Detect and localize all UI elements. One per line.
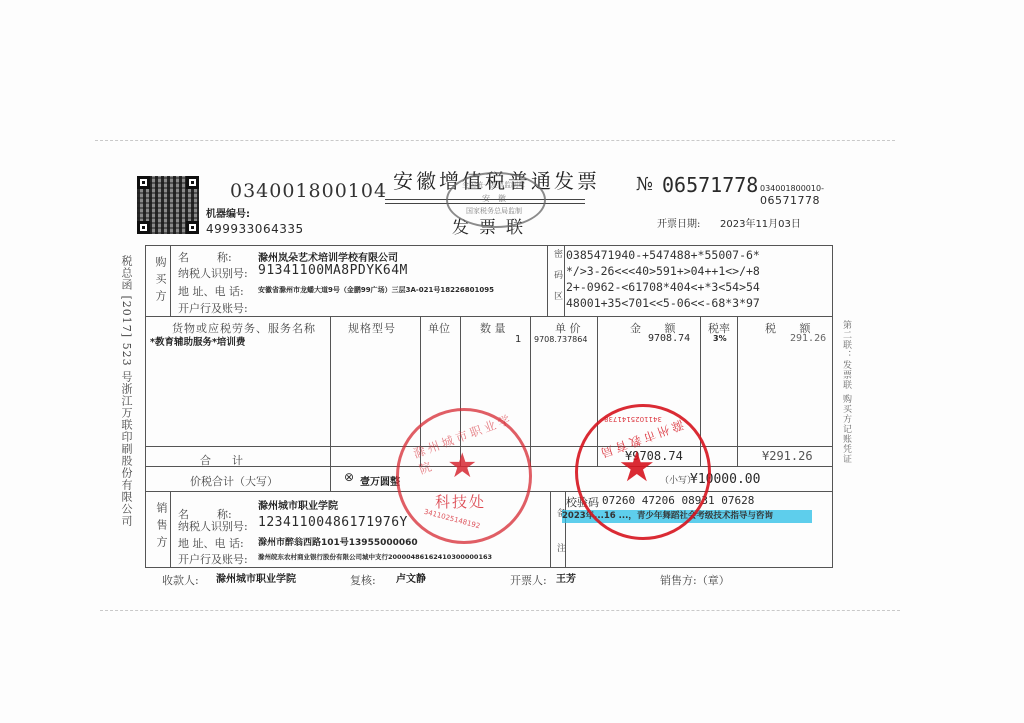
issuer: 王芳 xyxy=(556,570,576,585)
seller-address: 滁州市醉翁西路101号13955000060 xyxy=(258,535,418,548)
printed-code: 034001800010- xyxy=(760,184,824,193)
education-stamp-code: 3411025141738 xyxy=(604,415,662,423)
cipher-lines: 0385471940-+547488+*55007-6* */>3-26<<<4… xyxy=(566,247,760,311)
seller-section-label: 销售方 xyxy=(153,502,169,553)
item-tax: 291.26 xyxy=(790,333,826,344)
tax-bureau-stamp: 全国统一发票监制章 安徽 国家税务总局监制 xyxy=(446,172,546,228)
item-price: 9708.737864 xyxy=(534,335,587,344)
circle-x-icon: ⊗ xyxy=(344,470,354,484)
item-name: *教育辅助服务*培训费 xyxy=(150,334,245,348)
left-side-text: 税总函 [2017] 523 号浙江万联印刷股份有限公司 xyxy=(118,255,134,527)
issuer-label: 开票人: xyxy=(510,572,547,588)
machine-label: 机器编号: xyxy=(206,205,250,220)
invoice-code: 034001800104 xyxy=(230,180,387,202)
buyer-address-label: 地 址、电 话: xyxy=(178,283,244,299)
buyer-address: 安徽省滁州市龙蟠大道9号（金鹏99广场）三层3A-021号18226801095 xyxy=(258,285,494,295)
item-amount: 9708.74 xyxy=(648,333,690,344)
right-side-text: 第二联：发票联 购买方记账凭证 xyxy=(840,320,853,464)
number-prefix: № xyxy=(636,174,653,195)
buyer-section-label: 购买方 xyxy=(152,256,168,307)
qr-code-icon xyxy=(137,176,199,234)
grand-total-label: 价税合计（大写） xyxy=(190,473,278,489)
invoice-number: 06571778 xyxy=(662,173,758,197)
payee: 滁州城市职业学院 xyxy=(216,570,296,585)
seller-stamp: ★ 科技处 滁州城市职业学院 3411025148192 xyxy=(396,408,532,544)
total-label: 合 计 xyxy=(200,452,243,468)
buyer-tax-id-label: 纳税人识别号: xyxy=(178,265,248,281)
buyer-tax-id: 91341100MA8PDYK64M xyxy=(258,263,408,278)
reviewer-label: 复核: xyxy=(350,572,376,588)
reviewer: 卢文静 xyxy=(396,570,426,585)
col-header-qty: 数 量 xyxy=(480,320,506,336)
seller-bank-label: 开户行及账号: xyxy=(178,551,248,567)
seller-tax-id-label: 纳税人识别号: xyxy=(178,518,248,534)
item-qty: 1 xyxy=(515,334,521,345)
bottom-border-line xyxy=(100,610,900,611)
payee-label: 收款人: xyxy=(162,572,199,588)
seller-stamp-label: 销售方:（章） xyxy=(660,572,730,588)
col-header-unit: 单位 xyxy=(428,320,450,336)
item-rate: 3% xyxy=(713,334,727,343)
printed-number: 06571778 xyxy=(760,194,820,207)
invoice-date: 2023年11月03日 xyxy=(720,215,801,230)
date-label: 开票日期: xyxy=(657,215,700,230)
col-header-price: 单 价 xyxy=(555,320,581,336)
seller-bank: 滁州皖东农村商业银行股份有限公司城中支行20000486162410300000… xyxy=(258,552,492,561)
cipher-section-label: 密码区 xyxy=(551,249,564,312)
total-tax: ¥291.26 xyxy=(762,449,813,463)
seller-name: 滁州城市职业学院 xyxy=(258,497,338,512)
seller-stamp-center: 科技处 xyxy=(435,491,486,512)
buyer-name-label: 名 称: xyxy=(178,249,232,265)
education-stamp: ★ 3411025141738 滁州市教育局 xyxy=(575,404,711,540)
grand-total-words: 壹万圆整 xyxy=(360,473,400,488)
seller-tax-id: 12341100486171976Y xyxy=(258,515,408,530)
machine-no: 499933064335 xyxy=(206,222,304,236)
seller-address-label: 地 址、电 话: xyxy=(178,535,244,551)
col-header-spec: 规格型号 xyxy=(348,320,396,336)
top-border-line xyxy=(95,140,895,141)
buyer-bank-label: 开户行及账号: xyxy=(178,300,248,316)
buyer-name: 滁州岚朵艺术培训学校有限公司 xyxy=(258,249,398,264)
